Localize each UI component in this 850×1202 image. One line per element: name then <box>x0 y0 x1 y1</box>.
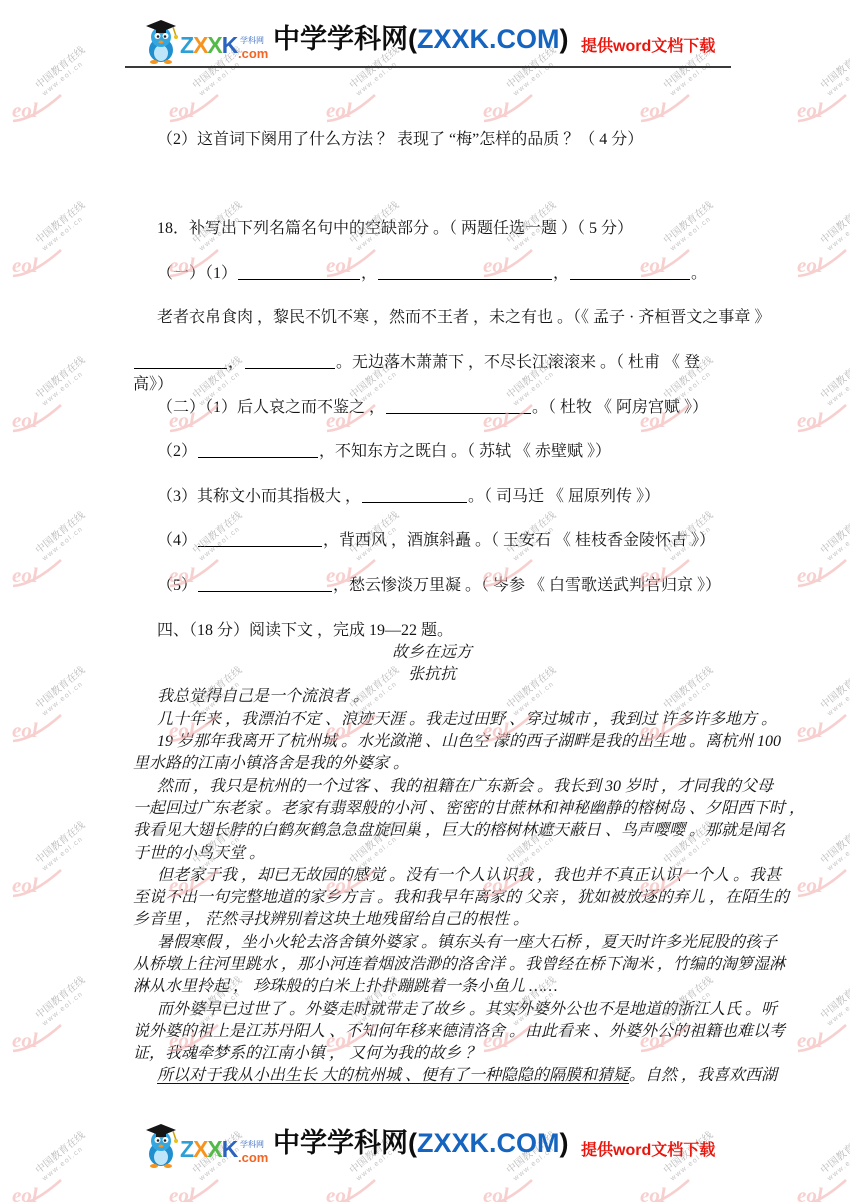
svg-text:eol: eol <box>169 98 195 122</box>
question-line: 四、（18 分）阅读下文 ，完成 19—22 题。 <box>133 620 731 642</box>
passage-line: 乡音里 ， 茫然寻找辨别着这块土地残留给自己的根性 。 <box>133 909 731 931</box>
passage-line: 但老家于我 ，却已无故园的感觉 。没有一个人认识我 ，我也并不真正认识一个人 。… <box>133 865 731 887</box>
text-run: 至说不出一句完整地道的家乡方言 。我和我早年离家的 父亲 ，犹如被放逐的弃儿 ，… <box>133 889 789 906</box>
fill-in-blank <box>198 531 322 547</box>
fill-in-blank <box>378 264 552 280</box>
eol-logo-icon: eol <box>325 93 377 125</box>
passage-line: 张抗抗 <box>133 664 731 686</box>
watermark-text: 中国教育在线www.eol.cn <box>819 201 850 254</box>
logo-tag: 学科网 <box>240 35 264 46</box>
text-run: 然而 ，我只是杭州的一个过客 、我的祖籍在广东新会 。我长到 30 岁时 ，才同… <box>157 778 773 795</box>
blank-line <box>133 240 731 262</box>
fill-in-blank <box>245 353 335 369</box>
blank-line <box>133 419 731 441</box>
text-run: 乡音里 ， 茫然寻找辨别着这块土地残留给自己的根性 。 <box>133 911 529 928</box>
text-run: 而外婆早已过世了 。外婆走时就带走了故乡 。其实外婆外公也不是地道的浙江人氏 。… <box>157 1001 777 1018</box>
page-footer: ZXXK .com 学科网 中学学科网(ZXXK.COM) 提供word文档下载 <box>0 1104 850 1176</box>
eol-logo-icon: eol <box>796 403 848 435</box>
eol-logo-icon: eol <box>639 1178 691 1202</box>
watermark-url: www.eol.cn <box>41 363 94 409</box>
blank-line <box>133 151 731 173</box>
watermark-url: www.eol.cn <box>41 518 94 564</box>
passage-line: 故乡在远方 <box>133 642 731 664</box>
text-run: （2） <box>157 443 197 460</box>
question-line: （一）（1），，。 <box>133 263 731 285</box>
watermark-url: www.eol.cn <box>41 983 94 1029</box>
eol-logo-icon: eol <box>639 93 691 125</box>
passage-line: 19 岁那年我离开了杭州城 。水光潋滟 、山色空 濛的西子湖畔是我的出生地 。离… <box>133 731 731 753</box>
blank-line <box>133 285 731 307</box>
logo-letter: K <box>222 32 238 58</box>
text-run: 。（ 杜牧 《 阿房宫赋 》） <box>532 399 708 416</box>
download-label: 提供word文档下载 <box>581 1137 715 1160</box>
passage-line: 而外婆早已过世了 。外婆走时就带走了故乡 。其实外婆外公也不是地道的浙江人氏 。… <box>133 999 731 1021</box>
passage-line: 我看见大翅长脖的白鹤灰鹤急急盘旋回巢 ，巨大的榕树林遮天蔽日 、鸟声嘤嘤 。那就… <box>133 820 731 842</box>
svg-text:eol: eol <box>12 1028 38 1052</box>
text-run: ，愁云惨淡万里凝 。（ 岑参 《 白雪歌送武判官归京 》） <box>333 577 721 594</box>
svg-text:eol: eol <box>797 253 823 277</box>
blank-line <box>133 508 731 530</box>
header-divider <box>125 66 731 68</box>
svg-text:eol: eol <box>797 873 823 897</box>
eol-watermark: eol中国教育在线www.eol.cn <box>796 836 850 900</box>
eol-logo-icon: eol <box>796 558 848 590</box>
blank-line <box>133 597 731 619</box>
question-line: （5），愁云惨淡万里凝 。（ 岑参 《 白雪歌送武判官归京 》） <box>133 575 731 597</box>
eol-watermark: eol中国教育在线www.eol.cn <box>796 991 850 1055</box>
eol-watermark: eol中国教育在线www.eol.cn <box>796 216 850 280</box>
text-run: ， <box>361 265 377 282</box>
watermark-url: www.eol.cn <box>826 673 850 719</box>
question-line: 老者衣帛食肉 ，黎民不饥不寒 ，然而不王者 ，未之有也 。（《 孟子 · 齐桓晋… <box>133 307 731 329</box>
svg-text:eol: eol <box>169 1183 195 1202</box>
eol-watermark: eol中国教育在线www.eol.cn <box>796 681 850 745</box>
svg-text:eol: eol <box>797 98 823 122</box>
text-run: 说外婆的祖上是江苏丹阳人 、不知何年移来德清洛舍 。由此看来 、外婆外公的祖籍也… <box>133 1023 785 1040</box>
svg-text:eol: eol <box>640 1183 666 1202</box>
question-line: （二）（1）后人哀之而不鉴之 ，。（ 杜牧 《 阿房宫赋 》） <box>133 397 731 419</box>
text-run: 淋从水里拎起 ， 珍珠般的白米上扑扑蹦跳着一条小鱼儿 …… <box>133 978 557 995</box>
watermark-url: www.eol.cn <box>826 983 850 1029</box>
text-run: （二）（1）后人哀之而不鉴之 ， <box>157 399 385 416</box>
text-run: （一）（1） <box>157 265 237 282</box>
passage-line: 里水路的江南小镇洛舍是我的外婆家 。 <box>133 753 731 775</box>
passage-line: 暑假寒假 ，坐小火轮去洛舍镇外婆家 。镇东头有一座大石桥 ，夏天时许多光屁股的孩… <box>133 932 731 954</box>
eol-logo-icon: eol <box>482 93 534 125</box>
watermark-text: 中国教育在线www.eol.cn <box>34 201 93 254</box>
svg-text:eol: eol <box>12 718 38 742</box>
eol-logo-icon: eol <box>11 248 63 280</box>
watermark-text: 中国教育在线www.eol.cn <box>819 511 850 564</box>
text-run: （4） <box>157 532 197 549</box>
site-url: ZXXK.COM <box>417 1128 560 1158</box>
logo-letter: K <box>222 1136 238 1162</box>
text-run: 。 <box>691 265 707 282</box>
svg-text:eol: eol <box>326 98 352 122</box>
svg-text:eol: eol <box>797 1028 823 1052</box>
site-name: 中学学科网 <box>273 1128 408 1158</box>
eol-logo-icon: eol <box>796 93 848 125</box>
text-run: 几十年来 ，我漂泊不定 、浪迹天涯 。我走过田野 、穿过城市 ，我到过 许多许多… <box>157 711 777 728</box>
document-body: （2）这首词下阕用了什么方法 ？ 表现了 “梅”怎样的品质 ？（ 4 分）18．… <box>133 129 731 1088</box>
svg-text:eol: eol <box>483 1183 509 1202</box>
mascot-icon <box>144 1122 180 1168</box>
text-run: 四、（18 分）阅读下文 ，完成 19—22 题。 <box>157 622 453 639</box>
passage-line: 所以对于我从小出生长 大的杭州城 、便有了一种隐隐的隔膜和猜疑。自然 ，我喜欢西… <box>133 1065 731 1087</box>
paren: ) <box>560 1128 569 1158</box>
text-run: ，背西风 ，酒旗斜矗 。（ 王安石 《 桂枝香金陵怀古 》） <box>323 532 715 549</box>
passage-line: 然而 ，我只是杭州的一个过客 、我的祖籍在广东新会 。我长到 30 岁时 ，才同… <box>133 776 731 798</box>
passage-line: 几十年来 ，我漂泊不定 、浪迹天涯 。我走过田野 、穿过城市 ，我到过 许多许多… <box>133 709 731 731</box>
logo-tag: 学科网 <box>240 1139 264 1150</box>
svg-text:eol: eol <box>12 873 38 897</box>
blank-line <box>133 463 731 485</box>
question-line: 18．补写出下列名篇名句中的空缺部分 。（ 两题任选一题 ）（ 5 分） <box>133 218 731 240</box>
svg-text:eol: eol <box>12 98 38 122</box>
download-label: 提供word文档下载 <box>581 33 715 56</box>
site-name: 中学学科网 <box>273 24 408 54</box>
text-run: （2）这首词下阕用了什么方法 ？ 表现了 “梅”怎样的品质 ？（ 4 分） <box>157 131 643 148</box>
paren: ( <box>408 1128 417 1158</box>
fill-in-blank <box>570 264 690 280</box>
text-run: 老者衣帛食肉 ，黎民不饥不寒 ，然而不王者 ，未之有也 。（《 孟子 · 齐桓晋… <box>157 309 770 326</box>
logo-letter: Z <box>180 1136 193 1162</box>
eol-logo-icon: eol <box>796 713 848 745</box>
eol-logo-icon: eol <box>325 1178 377 1202</box>
text-run: （5） <box>157 577 197 594</box>
mascot-icon <box>144 18 180 64</box>
eol-logo-icon: eol <box>11 1178 63 1202</box>
text-run: 19 岁那年我离开了杭州城 。水光潋滟 、山色空 濛的西子湖畔是我的出生地 。离… <box>157 733 781 750</box>
eol-watermark: eol中国教育在线www.eol.cn <box>796 371 850 435</box>
logo-dotcom: .com <box>238 1150 268 1165</box>
eol-logo-icon: eol <box>482 1178 534 1202</box>
passage-line: 至说不出一句完整地道的家乡方言 。我和我早年离家的 父亲 ，犹如被放逐的弃儿 ，… <box>133 887 731 909</box>
text-run: ， <box>228 354 244 371</box>
svg-text:eol: eol <box>797 1183 823 1202</box>
eol-logo-icon: eol <box>168 93 220 125</box>
eol-logo-icon: eol <box>11 868 63 900</box>
watermark-url: www.eol.cn <box>826 518 850 564</box>
blank-line <box>133 330 731 352</box>
text-run: 。无边落木萧萧下 ，不尽长江滚滚来 。（ 杜甫 《 登 <box>336 354 700 371</box>
watermark-url: www.eol.cn <box>41 828 94 874</box>
watermark-text: 中国教育在线www.eol.cn <box>819 821 850 874</box>
logo-wordmark: ZXXK <box>180 34 237 57</box>
text-run: 故乡在远方 <box>392 644 472 661</box>
logo-wordmark: ZXXK <box>180 1138 237 1161</box>
blank-line <box>133 553 731 575</box>
site-title: 中学学科网(ZXXK.COM) <box>273 23 569 55</box>
eol-logo-icon: eol <box>796 868 848 900</box>
page-header: ZXXK .com 学科网 中学学科网(ZXXK.COM) 提供word文档下载 <box>0 0 850 72</box>
logo-letter: X <box>207 32 221 58</box>
text-run: 于世的小鸟天堂 。 <box>133 845 265 862</box>
blank-line <box>133 196 731 218</box>
question-line: （3）其称文小而其指极大 ，。（ 司马迁 《 屈原列传 》） <box>133 486 731 508</box>
passage-line: 从桥墩上往河里跳水 ，那小河连着烟波浩渺的洛舍洋 。我曾经在桥下淘米 ，竹编的淘… <box>133 954 731 976</box>
text-run: 里水路的江南小镇洛舍是我的外婆家 。 <box>133 755 409 772</box>
blank-line <box>133 174 731 196</box>
watermark-url: www.eol.cn <box>826 363 850 409</box>
question-line: （2），不知东方之既白 。（ 苏轼 《 赤壁赋 》） <box>133 441 731 463</box>
text-run: 高》） <box>133 376 173 393</box>
paren: ) <box>560 24 569 54</box>
watermark-text: 中国教育在线www.eol.cn <box>34 821 93 874</box>
svg-text:eol: eol <box>640 98 666 122</box>
svg-text:eol: eol <box>797 563 823 587</box>
fill-in-blank <box>362 487 467 503</box>
text-run: 暑假寒假 ，坐小火轮去洛舍镇外婆家 。镇东头有一座大石桥 ，夏天时许多光屁股的孩… <box>157 934 777 951</box>
text-run: （3）其称文小而其指极大 ， <box>157 488 361 505</box>
fill-in-blank <box>198 442 318 458</box>
eol-logo-icon: eol <box>11 713 63 745</box>
text-run: 从桥墩上往河里跳水 ，那小河连着烟波浩渺的洛舍洋 。我曾经在桥下淘米 ，竹编的淘… <box>133 956 785 973</box>
watermark-url: www.eol.cn <box>826 208 850 254</box>
passage-line: 说外婆的祖上是江苏丹阳人 、不知何年移来德清洛舍 。由此看来 、外婆外公的祖籍也… <box>133 1021 731 1043</box>
svg-text:eol: eol <box>12 253 38 277</box>
eol-logo-icon: eol <box>11 558 63 590</box>
passage-line: 淋从水里拎起 ， 珍珠般的白米上扑扑蹦跳着一条小鱼儿 …… <box>133 976 731 998</box>
svg-text:eol: eol <box>12 563 38 587</box>
text-run: 我看见大翅长脖的白鹤灰鹤急急盘旋回巢 ，巨大的榕树林遮天蔽日 、鸟声嘤嘤 。那就… <box>133 822 785 839</box>
text-run: 证，我魂牵梦系的江南小镇 ， 又何为我的故乡 ？ <box>133 1045 481 1062</box>
eol-logo-icon: eol <box>796 1178 848 1202</box>
text-run: ，不知东方之既白 。（ 苏轼 《 赤壁赋 》） <box>319 443 611 460</box>
fill-in-blank <box>386 398 531 414</box>
watermark-text: 中国教育在线www.eol.cn <box>34 666 93 719</box>
passage-line: 于世的小鸟天堂 。 <box>133 843 731 865</box>
question-line: ，。无边落木萧萧下 ，不尽长江滚滚来 。（ 杜甫 《 登 <box>133 352 731 374</box>
zxxk-logo: ZXXK .com 学科网 <box>144 18 274 66</box>
passage-line: 一起回过广东老家 。老家有翡翠般的小河 、密密的甘蔗林和神秘幽静的榕树岛 、夕阳… <box>133 798 731 820</box>
eol-logo-icon: eol <box>11 1023 63 1055</box>
eol-logo-icon: eol <box>11 403 63 435</box>
site-url: ZXXK.COM <box>417 24 560 54</box>
svg-text:eol: eol <box>483 98 509 122</box>
eol-watermark: eol中国教育在线www.eol.cn <box>796 526 850 590</box>
svg-text:eol: eol <box>797 408 823 432</box>
logo-letter: X <box>207 1136 221 1162</box>
question-line: 高》） <box>133 374 731 396</box>
watermark-text: 中国教育在线www.eol.cn <box>34 356 93 409</box>
fill-in-blank <box>198 576 332 592</box>
text-run: 所以对于我从小出生长 大的杭州城 、便有了一种隐隐的隔膜和猜疑 <box>157 1067 629 1084</box>
text-run: 。自然 ，我喜欢西湖 <box>629 1067 777 1084</box>
watermark-url: www.eol.cn <box>41 208 94 254</box>
eol-logo-icon: eol <box>11 93 63 125</box>
watermark-text: 中国教育在线www.eol.cn <box>819 356 850 409</box>
text-run: 一起回过广东老家 。老家有翡翠般的小河 、密密的甘蔗林和神秘幽静的榕树岛 、夕阳… <box>133 800 805 817</box>
text-run: 但老家于我 ，却已无故园的感觉 。没有一个人认识我 ，我也并不真正认识一个人 。… <box>157 867 781 884</box>
eol-logo-icon: eol <box>168 1178 220 1202</box>
text-run: 18．补写出下列名篇名句中的空缺部分 。（ 两题任选一题 ）（ 5 分） <box>157 220 633 237</box>
svg-text:eol: eol <box>797 718 823 742</box>
question-line: （2）这首词下阕用了什么方法 ？ 表现了 “梅”怎样的品质 ？（ 4 分） <box>133 129 731 151</box>
watermark-text: 中国教育在线www.eol.cn <box>819 976 850 1029</box>
svg-text:eol: eol <box>12 408 38 432</box>
watermark-text: 中国教育在线www.eol.cn <box>819 666 850 719</box>
question-line: （4），背西风 ，酒旗斜矗 。（ 王安石 《 桂枝香金陵怀古 》） <box>133 530 731 552</box>
passage-line: 我总觉得自己是一个流浪者 。 <box>133 686 731 708</box>
text-run: 张抗抗 <box>408 666 456 683</box>
logo-letter: X <box>193 1136 207 1162</box>
paren: ( <box>408 24 417 54</box>
logo-letter: Z <box>180 32 193 58</box>
eol-logo-icon: eol <box>796 1023 848 1055</box>
text-run: ， <box>553 265 569 282</box>
zxxk-logo-footer: ZXXK .com 学科网 <box>144 1122 274 1170</box>
exam-document-page: eol中国教育在线www.eol.cneol中国教育在线www.eol.cneo… <box>0 0 850 1202</box>
eol-logo-icon: eol <box>796 248 848 280</box>
site-title: 中学学科网(ZXXK.COM) <box>273 1127 569 1159</box>
watermark-text: 中国教育在线www.eol.cn <box>34 511 93 564</box>
fill-in-blank <box>238 264 360 280</box>
watermark-url: www.eol.cn <box>41 673 94 719</box>
text-run: 我总觉得自己是一个流浪者 。 <box>157 688 369 705</box>
logo-dotcom: .com <box>238 46 268 61</box>
watermark-text: 中国教育在线www.eol.cn <box>34 976 93 1029</box>
fill-in-blank <box>134 353 227 369</box>
text-run: 。（ 司马迁 《 屈原列传 》） <box>468 488 660 505</box>
watermark-url: www.eol.cn <box>826 828 850 874</box>
passage-line: 证，我魂牵梦系的江南小镇 ， 又何为我的故乡 ？ <box>133 1043 731 1065</box>
logo-letter: X <box>193 32 207 58</box>
svg-text:eol: eol <box>326 1183 352 1202</box>
svg-text:eol: eol <box>12 1183 38 1202</box>
